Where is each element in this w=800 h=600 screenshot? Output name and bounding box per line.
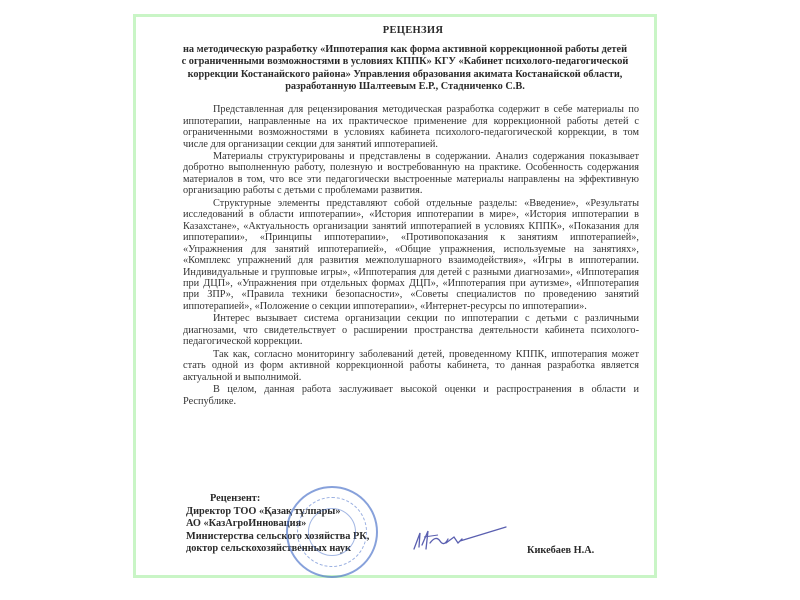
paragraph-sections: Структурные элементы представляют собой … [183, 198, 639, 313]
reviewer-block: Рецензент: Директор ТОО «Қазақ тұлпары» … [186, 493, 369, 555]
reviewer-position-line: Директор ТОО «Қазақ тұлпары» [186, 506, 369, 518]
reviewer-ministry-line: Министерства сельского хозяйства РК, [186, 531, 369, 543]
reviewer-degree-line: доктор сельскохозяйственных наук [186, 543, 369, 555]
review-document: РЕЦЕНЗИЯ на методическую разработку «Ипп… [183, 22, 643, 407]
paragraph-interest: Интерес вызывает система организации сек… [183, 313, 639, 347]
signature-icon [410, 525, 510, 555]
paragraph-conclusion: В целом, данная работа заслуживает высок… [183, 384, 639, 407]
paragraph-intro: Представленная для рецензирования методи… [183, 104, 639, 150]
paragraph-relevance: Так как, согласно мониторингу заболевани… [183, 349, 639, 383]
reviewer-name: Кикебаев Н.А. [527, 545, 594, 556]
document-subtitle: на методическую разработку «Иппотерапия … [181, 44, 629, 93]
reviewer-organization-line: АО «КазАгроИнновация» [186, 518, 369, 530]
document-body: Представленная для рецензирования методи… [183, 104, 643, 407]
document-title: РЕЦЕНЗИЯ [183, 25, 643, 36]
reviewer-label: Рецензент: [186, 493, 369, 505]
paragraph-structure: Материалы структурированы и представлены… [183, 151, 639, 197]
